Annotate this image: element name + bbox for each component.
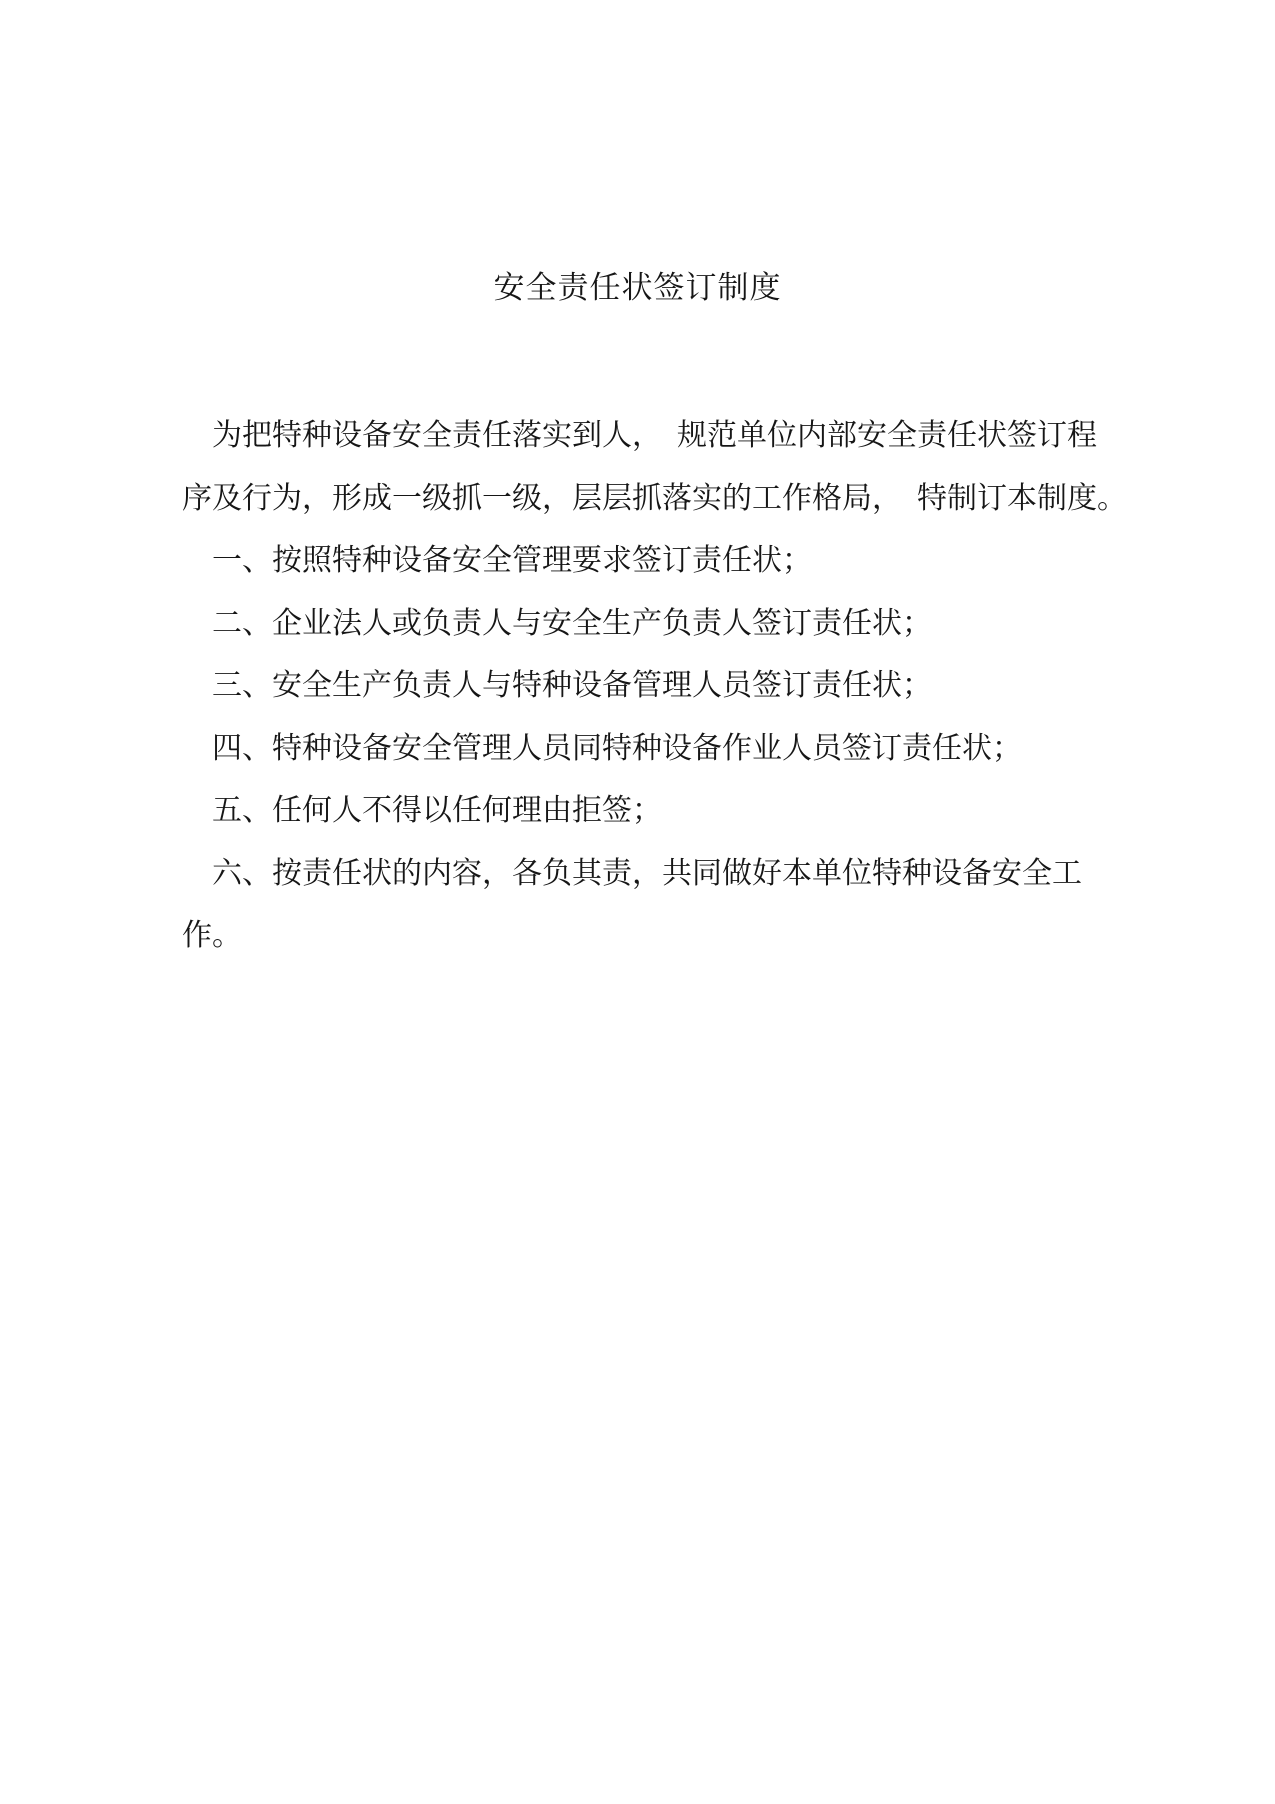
document-body: 为把特种设备安全责任落实到人， 规范单位内部安全责任状签订程 序及行为，形成一级…	[182, 405, 1192, 968]
list-item-6: 六、按责任状的内容，各负其责，共同做好本单位特种设备安全工	[182, 843, 1192, 906]
list-item-1: 一、按照特种设备安全管理要求签订责任状；	[182, 530, 1192, 593]
list-item-3: 三、安全生产负责人与特种设备管理人员签订责任状；	[182, 655, 1192, 718]
intro-paragraph-line-2: 序及行为，形成一级抓一级，层层抓落实的工作格局， 特制订本制度。	[182, 468, 1192, 531]
document-title: 安全责任状签订制度	[0, 266, 1275, 310]
document-page: 安全责任状签订制度 为把特种设备安全责任落实到人， 规范单位内部安全责任状签订程…	[0, 0, 1275, 1804]
list-item-5: 五、任何人不得以任何理由拒签；	[182, 780, 1192, 843]
list-item-2: 二、企业法人或负责人与安全生产负责人签订责任状；	[182, 593, 1192, 656]
list-item-6-continuation: 作。	[182, 905, 1192, 968]
list-item-4: 四、特种设备安全管理人员同特种设备作业人员签订责任状；	[182, 718, 1192, 781]
intro-paragraph-line-1: 为把特种设备安全责任落实到人， 规范单位内部安全责任状签订程	[182, 405, 1192, 468]
